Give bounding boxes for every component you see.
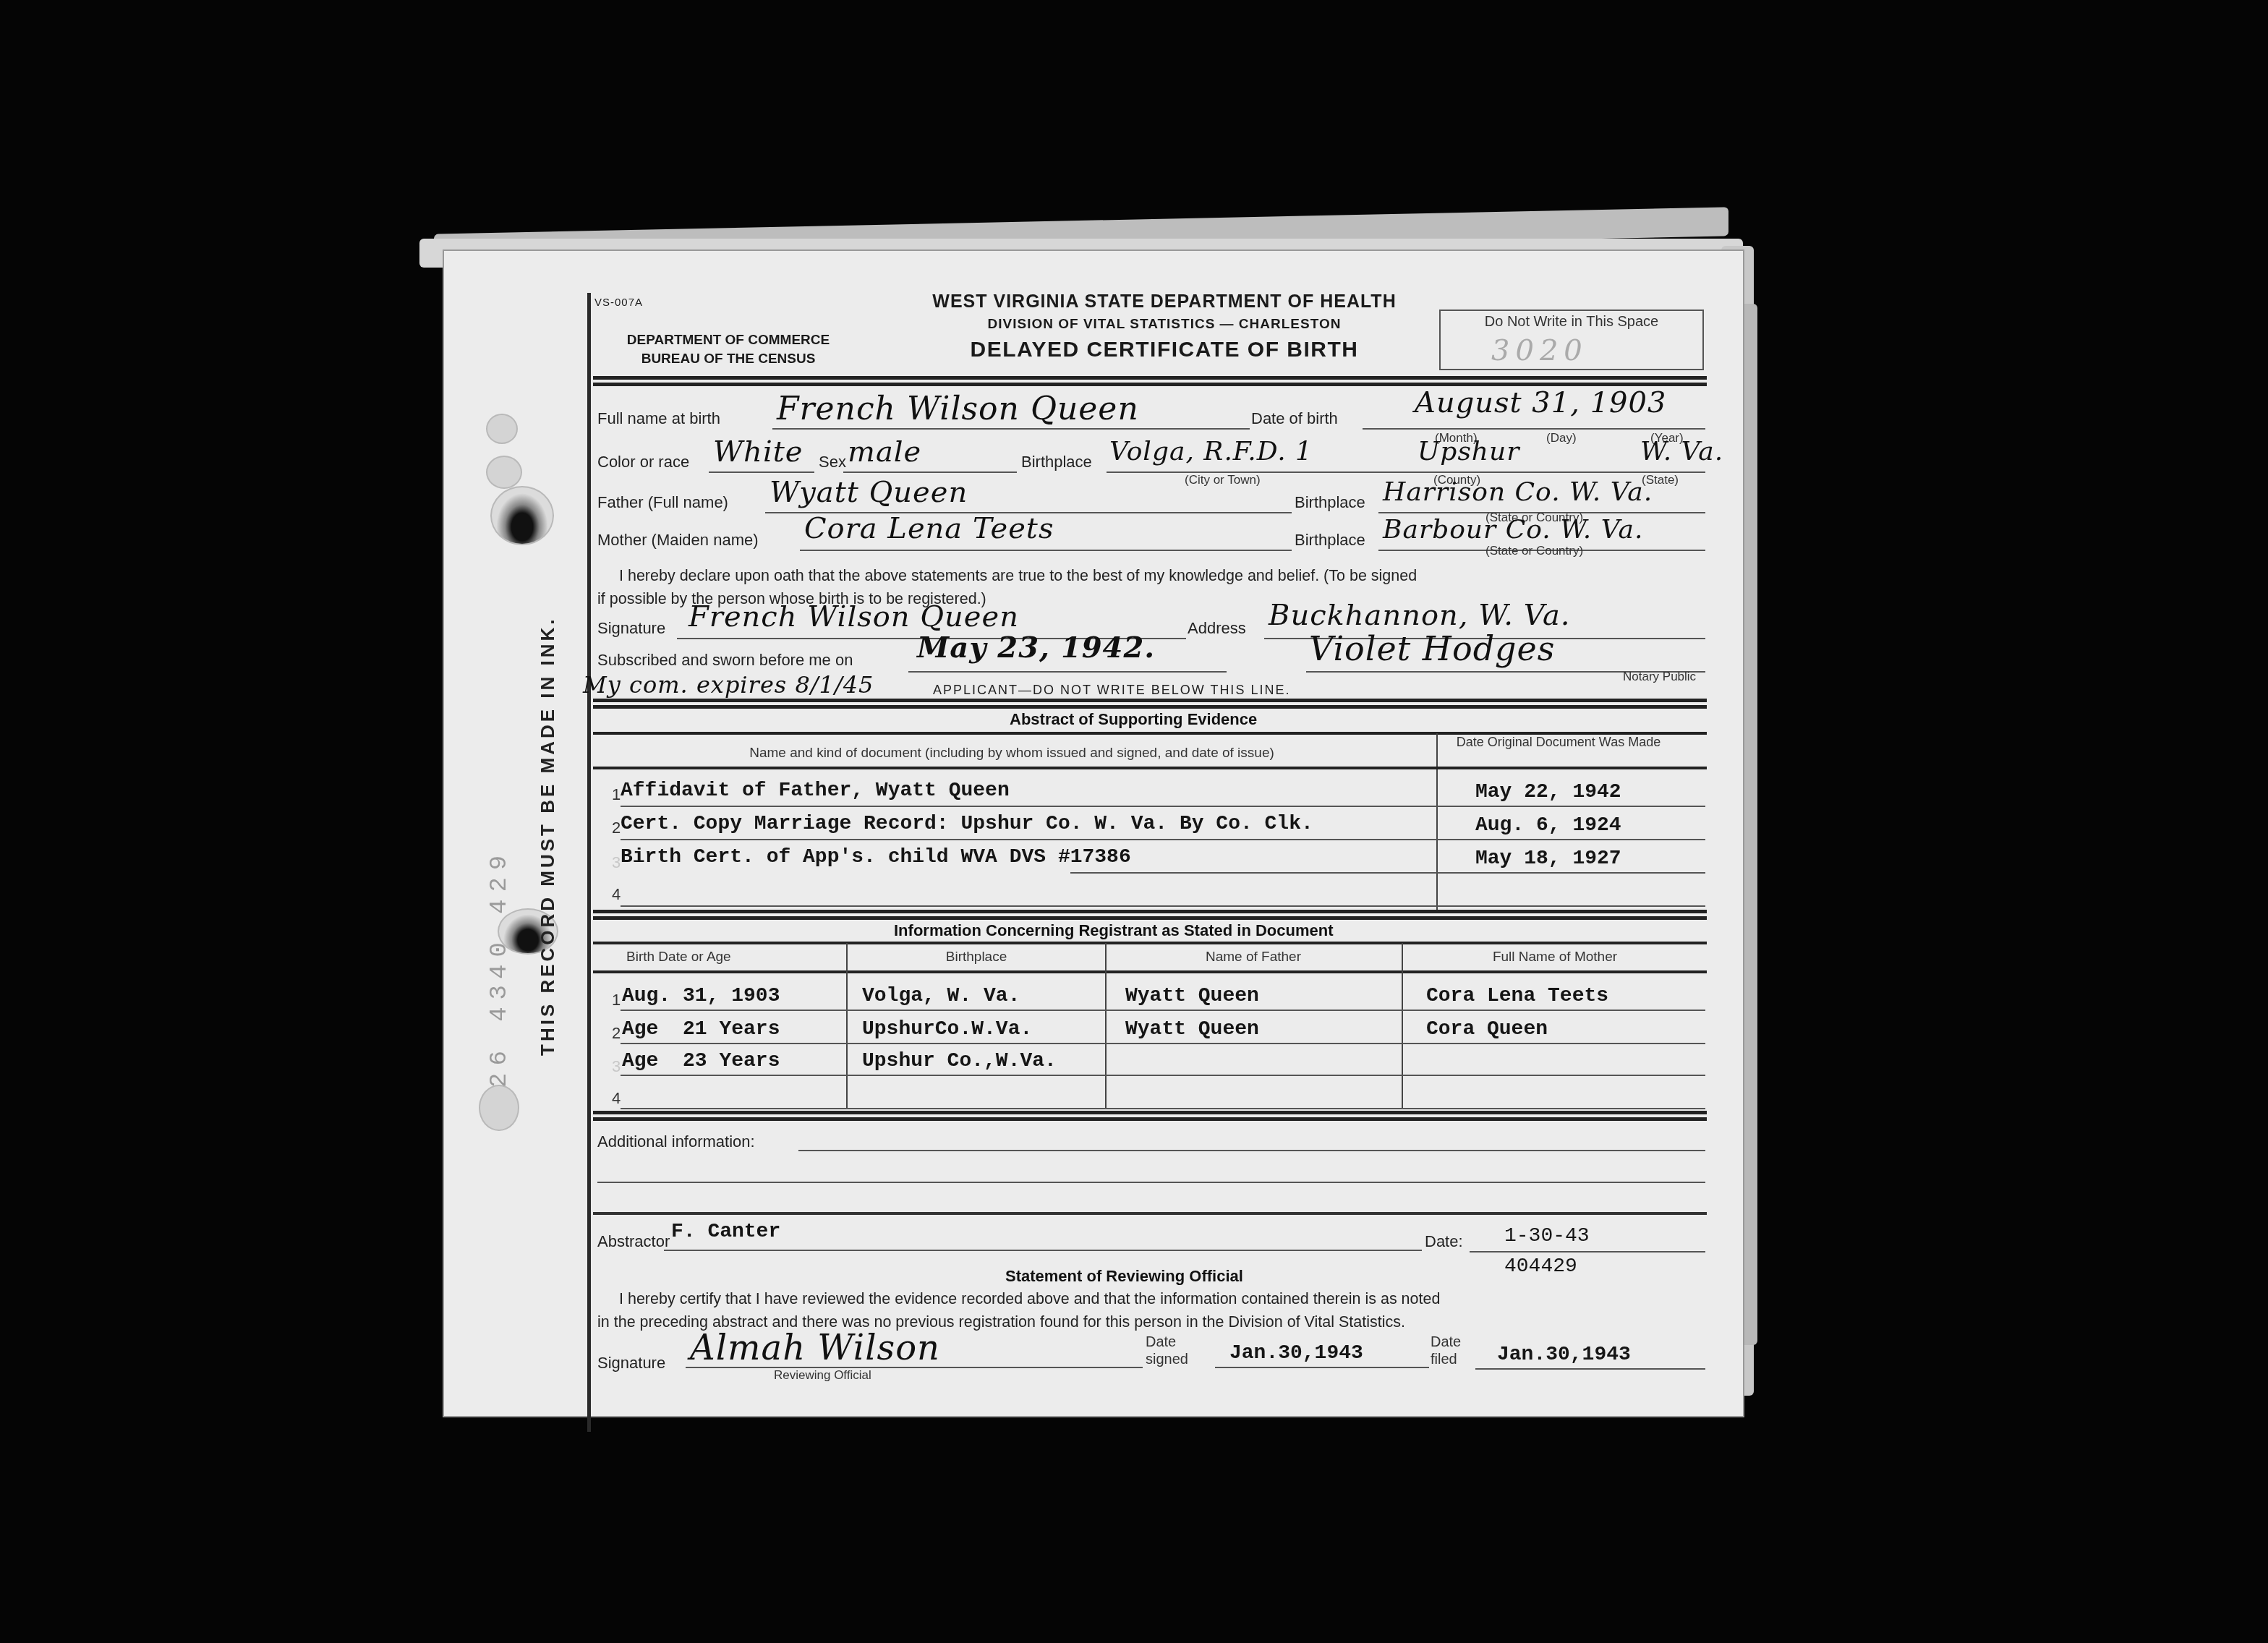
evidence-col-date: Date Original Document Was Made	[1439, 733, 1678, 751]
applicant-signature: French Wilson Queen	[688, 600, 1019, 633]
abstractor-label: Abstractor	[597, 1232, 670, 1251]
info-age: Age 23 Years	[622, 1050, 780, 1072]
day-sublabel: (Day)	[1546, 431, 1577, 445]
date-of-birth-value: August 31, 1903	[1415, 386, 1666, 419]
row-number: 4	[612, 1089, 621, 1108]
info-father: Wyatt Queen	[1125, 1018, 1259, 1041]
info-col-age: Birth Date or Age	[594, 949, 811, 966]
agency-line: DEPARTMENT OF COMMERCE	[594, 331, 862, 350]
info-mother: Cora Lena Teets	[1426, 985, 1608, 1007]
row-rule	[621, 839, 1705, 840]
abstractor-date-label: Date:	[1425, 1232, 1463, 1251]
row-rule	[621, 806, 1705, 807]
underline	[1475, 1368, 1705, 1370]
margin-stamp-number: 26 43	[486, 978, 513, 1088]
underline	[772, 428, 1250, 430]
state-country-sublabel: (State or Country)	[1485, 544, 1583, 558]
father-birthplace-value: Harrison Co. W. Va.	[1383, 477, 1653, 507]
underline	[843, 471, 1017, 473]
review-signature-label: Signature	[597, 1354, 665, 1373]
mother-value: Cora Lena Teets	[804, 512, 1054, 545]
father-value: Wyatt Queen	[769, 476, 968, 509]
info-mother: Cora Queen	[1426, 1018, 1548, 1041]
stamp-number: 404429	[1504, 1255, 1577, 1278]
mother-birthplace-label: Birthplace	[1295, 531, 1365, 550]
notary-signature: Violet Hodges	[1309, 629, 1555, 668]
date-filed-label: Date filed	[1431, 1333, 1461, 1368]
date-signed-value: Jan.30,1943	[1229, 1342, 1363, 1365]
evidence-doc: Birth Cert. of App's. child WVA DVS #173…	[621, 846, 1131, 869]
table-rule	[593, 767, 1707, 769]
notary-label: Notary Public	[1623, 670, 1696, 684]
margin-stamp-number: 40	[486, 935, 513, 979]
table-vline	[1105, 943, 1107, 1109]
row-rule	[621, 1043, 1705, 1044]
form-id: VS-007A	[594, 296, 643, 309]
table-vline	[846, 943, 848, 1109]
underline	[1470, 1251, 1705, 1252]
reviewing-official-label: Reviewing Official	[774, 1368, 871, 1383]
row-number: 2	[612, 1024, 621, 1043]
sworn-label: Subscribed and sworn before me on	[597, 651, 853, 670]
abstractor-date: 1-30-43	[1504, 1225, 1590, 1247]
certificate-title: DELAYED CERTIFICATE OF BIRTH	[897, 336, 1432, 364]
agency-label: DEPARTMENT OF COMMERCE BUREAU OF THE CEN…	[594, 331, 862, 369]
header-divider	[593, 376, 1707, 386]
evidence-date: May 22, 1942	[1475, 781, 1621, 803]
row-rule	[621, 1075, 1705, 1076]
punch-hole	[486, 414, 518, 444]
division-title: DIVISION OF VITAL STATISTICS — CHARLESTO…	[897, 314, 1432, 336]
date-signed-label: Date signed	[1146, 1333, 1188, 1368]
section-divider	[593, 1111, 1707, 1121]
section-divider	[593, 699, 1707, 709]
sworn-date: May 23, 1942.	[917, 631, 1155, 665]
birthplace-label: Birthplace	[1021, 453, 1092, 471]
signature-label: Signature	[597, 619, 665, 638]
evidence-doc: Affidavit of Father, Wyatt Queen	[621, 780, 1010, 802]
father-label: Father (Full name)	[597, 493, 728, 512]
table-rule	[593, 942, 1707, 944]
section-rule	[593, 1212, 1707, 1215]
section-divider	[593, 910, 1707, 920]
abstractor-name: F. Canter	[671, 1221, 780, 1243]
mother-label: Mother (Maiden name)	[597, 531, 759, 550]
additional-info-line	[597, 1182, 1705, 1183]
form-title-block: WEST VIRGINIA STATE DEPARTMENT OF HEALTH…	[897, 289, 1432, 364]
punch-hole	[479, 1085, 519, 1131]
review-line: I hereby certify that I have reviewed th…	[597, 1287, 1711, 1310]
sex-value: male	[848, 435, 921, 469]
punch-hole	[486, 456, 522, 489]
form-left-border	[587, 293, 591, 1432]
row-number: 1	[612, 991, 621, 1010]
sex-label: Sex	[819, 453, 846, 471]
address-value: Buckhannon, W. Va.	[1269, 599, 1571, 632]
info-col-father: Name of Father	[1107, 949, 1400, 966]
info-col-birthplace: Birthplace	[848, 949, 1105, 966]
commission-note: My com. expires 8/1/45	[583, 671, 874, 699]
date-of-birth-label: Date of birth	[1251, 409, 1338, 428]
underline	[1215, 1367, 1429, 1368]
info-age: Age 21 Years	[622, 1018, 780, 1041]
underline	[709, 471, 814, 473]
office-use-label: Do Not Write in This Space	[1441, 314, 1702, 330]
info-col-mother: Full Name of Mother	[1403, 949, 1707, 966]
department-title: WEST VIRGINIA STATE DEPARTMENT OF HEALTH	[897, 289, 1432, 314]
evidence-date: Aug. 6, 1924	[1475, 814, 1621, 837]
info-age: Aug. 31, 1903	[622, 985, 780, 1007]
info-birthplace: UpshurCo.W.Va.	[862, 1018, 1032, 1041]
office-use-number: 3020	[1491, 334, 1588, 367]
table-rule	[593, 970, 1707, 973]
underline	[686, 1367, 1143, 1368]
city-sublabel: (City or Town)	[1185, 473, 1261, 487]
table-vline	[1436, 733, 1438, 911]
race-value: White	[713, 435, 803, 469]
info-title: Information Concerning Registrant as Sta…	[894, 921, 1334, 940]
oath-line: I hereby declare upon oath that the abov…	[597, 564, 1711, 587]
underline	[908, 671, 1227, 673]
row-rule	[1070, 872, 1705, 874]
mother-birthplace-value: Barbour Co. W. Va.	[1383, 515, 1643, 545]
table-vline	[1402, 943, 1403, 1109]
review-title: Statement of Reviewing Official	[1005, 1267, 1243, 1286]
date-signed-label-line: Date	[1146, 1333, 1188, 1351]
underline	[1363, 428, 1705, 430]
applicant-notice: APPLICANT—DO NOT WRITE BELOW THIS LINE.	[933, 683, 1290, 698]
date-filed-value: Jan.30,1943	[1497, 1344, 1631, 1366]
row-number: 2	[612, 819, 621, 837]
birthplace-state-value: W. Va.	[1640, 437, 1723, 466]
date-filed-label-line: filed	[1431, 1351, 1461, 1368]
agency-line: BUREAU OF THE CENSUS	[594, 350, 862, 369]
full-name-value: French Wilson Queen	[777, 391, 1139, 427]
row-number: 3	[612, 1057, 621, 1076]
row-number: 4	[612, 885, 621, 904]
race-label: Color or race	[597, 453, 689, 471]
evidence-doc: Cert. Copy Marriage Record: Upshur Co. W…	[621, 813, 1313, 835]
row-number: 3	[612, 853, 621, 872]
info-birthplace: Volga, W. Va.	[862, 985, 1020, 1007]
address-label: Address	[1188, 619, 1246, 638]
row-rule	[621, 905, 1705, 907]
office-use-box: Do Not Write in This Space 3020	[1439, 310, 1704, 370]
underline	[664, 1250, 1422, 1251]
review-signature: Almah Wilson	[690, 1328, 940, 1368]
evidence-title: Abstract of Supporting Evidence	[1010, 710, 1257, 729]
row-rule	[621, 1010, 1705, 1011]
evidence-col-document: Name and kind of document (including by …	[603, 745, 1420, 762]
evidence-date: May 18, 1927	[1475, 848, 1621, 870]
father-birthplace-label: Birthplace	[1295, 493, 1365, 512]
additional-info-label: Additional information:	[597, 1132, 755, 1151]
review-text: I hereby certify that I have reviewed th…	[597, 1287, 1711, 1333]
full-name-label: Full name at birth	[597, 409, 720, 428]
ink-notice: THIS RECORD MUST BE MADE IN INK.	[537, 616, 559, 1056]
underline	[800, 550, 1292, 551]
date-filed-label-line: Date	[1431, 1333, 1461, 1351]
margin-stamp-number: 429	[486, 848, 513, 914]
birthplace-county-value: Upshur	[1417, 437, 1519, 466]
info-father: Wyatt Queen	[1125, 985, 1259, 1007]
info-birthplace: Upshur Co.,W.Va.	[862, 1050, 1057, 1072]
row-number: 1	[612, 785, 621, 804]
punch-hole	[490, 486, 554, 545]
row-rule	[621, 1108, 1705, 1109]
additional-info-line	[798, 1150, 1705, 1151]
birthplace-city-value: Volga, R.F.D. 1	[1109, 437, 1313, 466]
date-signed-label-line: signed	[1146, 1351, 1188, 1368]
